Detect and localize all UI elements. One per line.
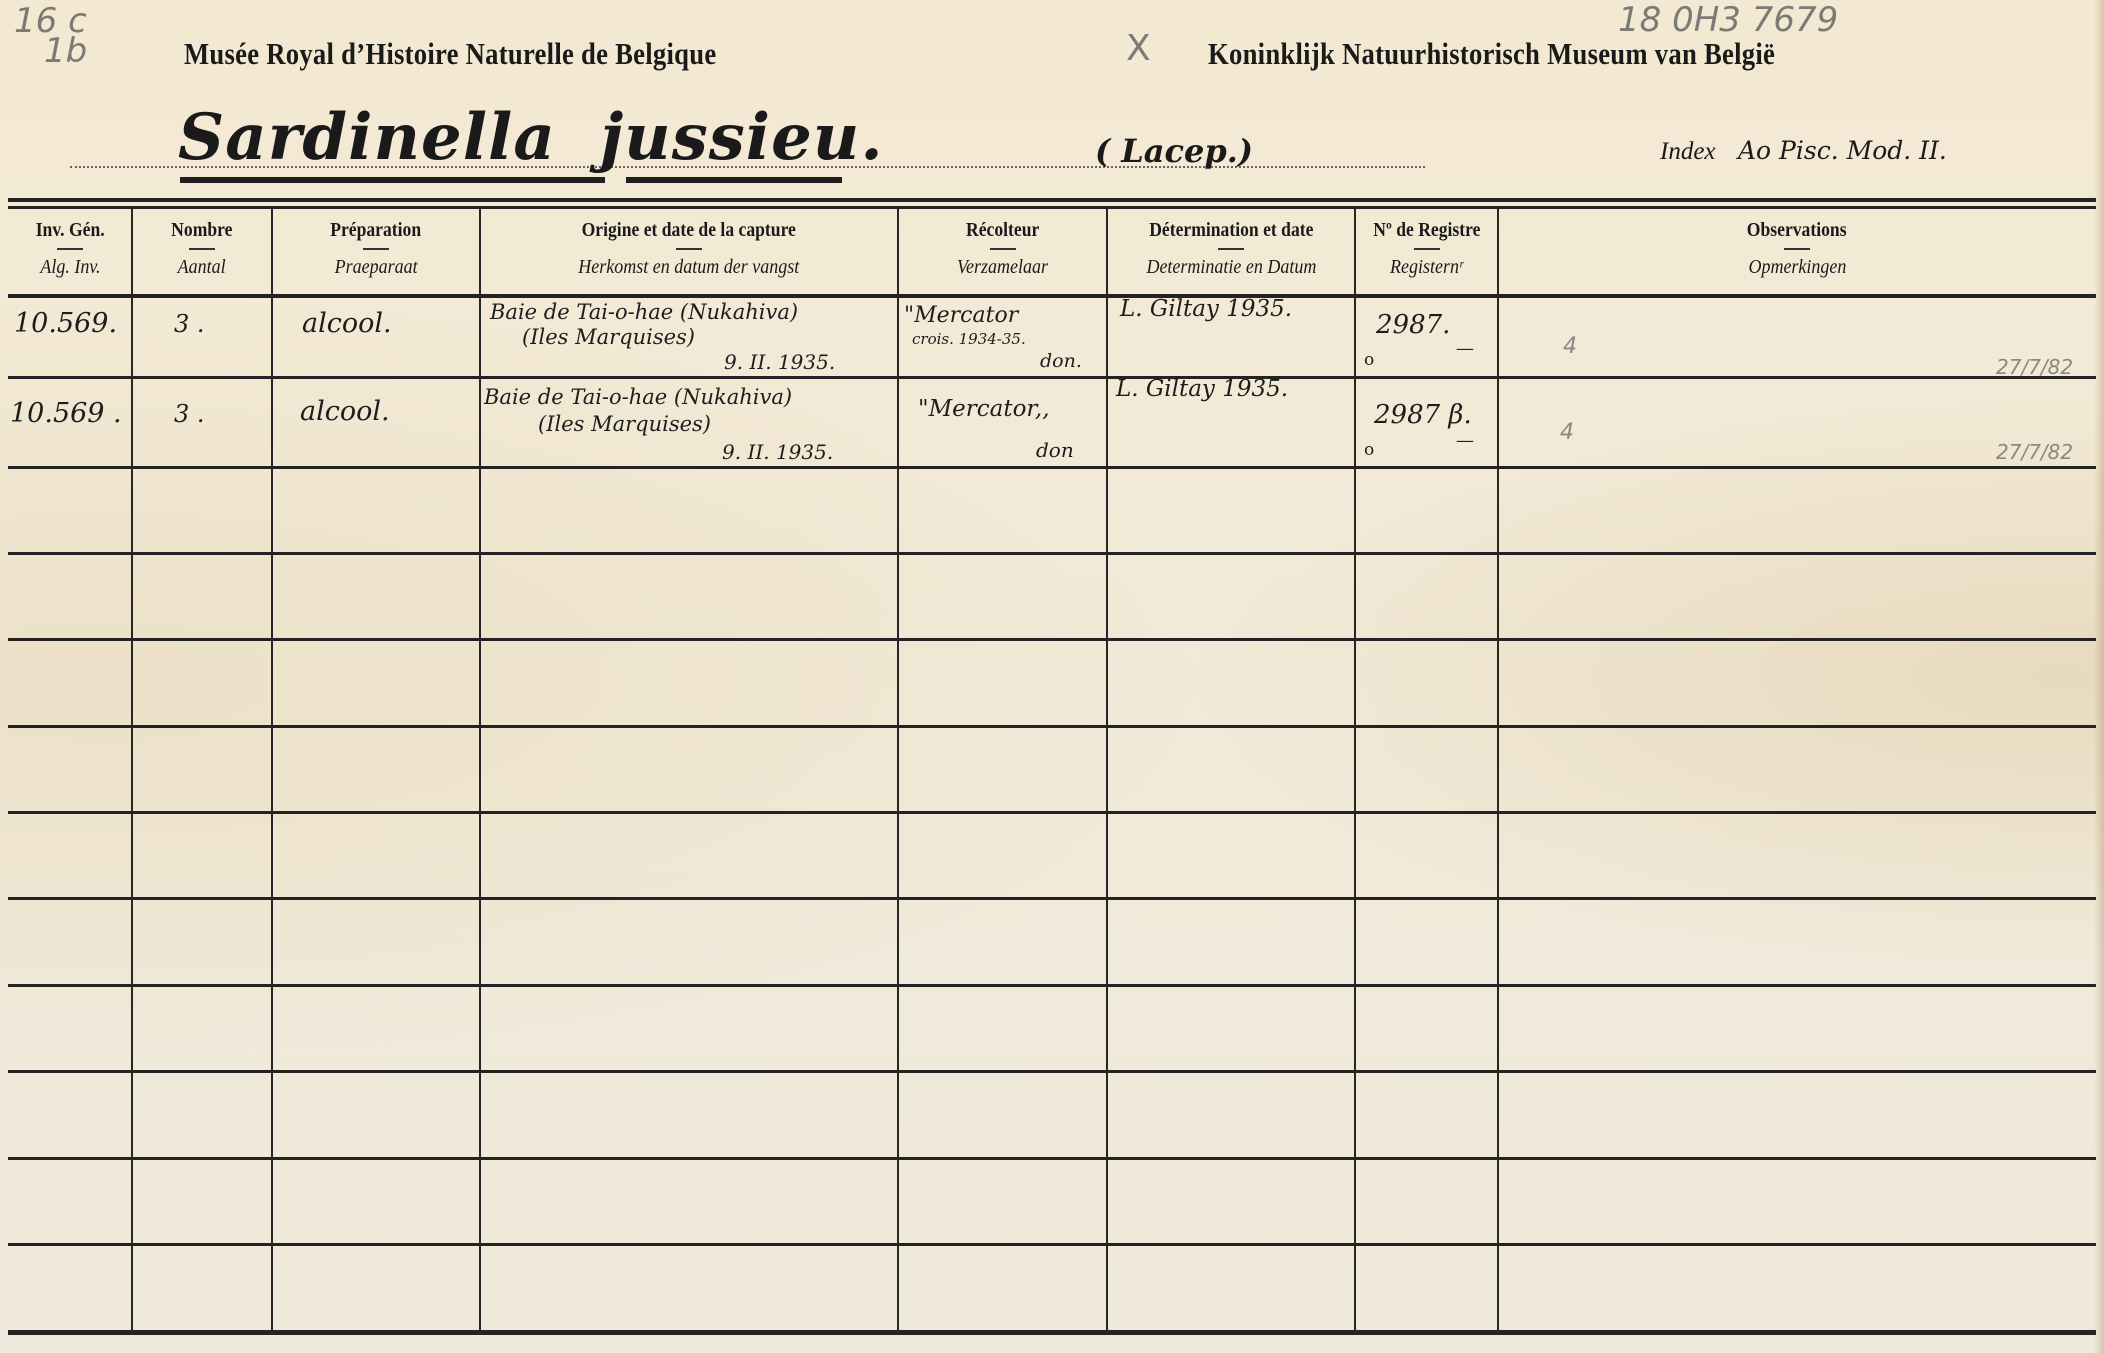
row2-registre-mark: o xyxy=(1364,440,1374,460)
col-divider xyxy=(479,209,481,1333)
row2-nombre: 3 . xyxy=(174,400,205,428)
row1-recolteur-line3: don. xyxy=(1040,350,1082,372)
row2-registre-dash: — xyxy=(1456,430,1474,451)
col-header-inv: Inv. Gén. Alg. Inv. xyxy=(8,205,132,293)
table-bottom-rule xyxy=(8,1330,2096,1335)
col-divider xyxy=(1497,209,1499,1333)
row1-registre-mark: o xyxy=(1364,350,1374,370)
row-rule xyxy=(8,1070,2096,1073)
row-rule xyxy=(8,1243,2096,1246)
row-rule xyxy=(8,638,2096,641)
row1-nombre: 3 . xyxy=(174,310,205,338)
institution-name-nl: Koninklijk Natuurhistorisch Museum van B… xyxy=(1208,36,1775,72)
row1-obs-date: 27/7/82 xyxy=(1996,355,2073,379)
col-header-determination: Détermination et date Determinatie en Da… xyxy=(1107,205,1355,293)
col-divider xyxy=(131,209,133,1333)
col-header-registre: Nº de Registre Registernʳ xyxy=(1355,205,1498,293)
row1-preparation: alcool. xyxy=(302,308,392,339)
row1-origine-line2: (Iles Marquises) xyxy=(522,325,695,349)
row-rule xyxy=(8,376,2096,379)
col-divider xyxy=(897,209,899,1333)
col-header-preparation: Préparation Praeparaat xyxy=(272,205,480,293)
table-top-rule-1 xyxy=(8,198,2096,202)
col-header-origine: Origine et date de la capture Herkomst e… xyxy=(480,205,898,293)
card-edge-shadow xyxy=(2094,0,2104,1353)
row2-obs-date: 27/7/82 xyxy=(1996,440,2073,464)
col-divider xyxy=(271,209,273,1333)
col-header-observations: Observations Opmerkingen xyxy=(1498,205,2096,293)
corner-pencil-note-left: 16 c 1b xyxy=(14,6,87,66)
row2-determination: L. Giltay 1935. xyxy=(1116,376,1288,402)
species-epithet: jussieu. xyxy=(600,100,884,175)
row1-origine-line1: Baie de Tai-o-hae (Nukahiva) xyxy=(490,300,798,324)
row-rule xyxy=(8,897,2096,900)
row2-registre: 2987 β. xyxy=(1374,400,1472,430)
row1-recolteur-line1: "Mercator xyxy=(904,303,1018,328)
species-author: ( Lacep.) xyxy=(1095,132,1253,170)
row-rule xyxy=(8,984,2096,987)
row1-determination: L. Giltay 1935. xyxy=(1120,296,1292,322)
row2-origine-date: 9. II. 1935. xyxy=(722,440,833,464)
row1-origine-date: 9. II. 1935. xyxy=(724,350,835,374)
row2-origine-line1: Baie de Tai-o-hae (Nukahiva) xyxy=(484,385,792,409)
row1-obs-mark: 4 xyxy=(1563,334,1577,359)
specimen-index-card: 16 c 1b 18 0H3 7679 Musée Royal d’Histoi… xyxy=(0,0,2104,1353)
pencil-x-mark: X xyxy=(1126,28,1151,69)
index-label: Index xyxy=(1660,138,1716,166)
row2-inv: 10.569 . xyxy=(10,398,122,429)
row-rule xyxy=(8,552,2096,555)
row2-recolteur-line1: "Mercator,, xyxy=(918,396,1050,422)
institution-name-fr: Musée Royal d’Histoire Naturelle de Belg… xyxy=(184,36,716,72)
header-bottom-rule xyxy=(8,294,2096,298)
col-divider xyxy=(1106,209,1108,1333)
index-value: Ao Pisc. Mod. II. xyxy=(1738,136,1947,165)
row2-recolteur-line3: don xyxy=(1036,438,1074,462)
species-underline xyxy=(626,177,842,183)
species-genus: Sardinella xyxy=(178,100,556,175)
row-rule xyxy=(8,725,2096,728)
row2-obs-mark: 4 xyxy=(1560,420,1574,445)
col-header-nombre: Nombre Aantal xyxy=(132,205,272,293)
genus-underline xyxy=(180,177,605,183)
row2-origine-line2: (Iles Marquises) xyxy=(538,412,711,436)
row-rule xyxy=(8,811,2096,814)
row-rule xyxy=(8,1157,2096,1160)
col-header-recolteur: Récolteur Verzamelaar xyxy=(898,205,1107,293)
row1-recolteur-line2: crois. 1934-35. xyxy=(912,330,1026,348)
row2-preparation: alcool. xyxy=(300,396,390,427)
row1-inv: 10.569. xyxy=(14,308,117,339)
col-divider xyxy=(1354,209,1356,1333)
row1-registre: 2987. xyxy=(1376,310,1450,340)
row-rule xyxy=(8,466,2096,469)
row1-registre-dash: — xyxy=(1456,338,1474,359)
corner-pencil-catalog-number: 18 0H3 7679 xyxy=(1618,0,1838,40)
